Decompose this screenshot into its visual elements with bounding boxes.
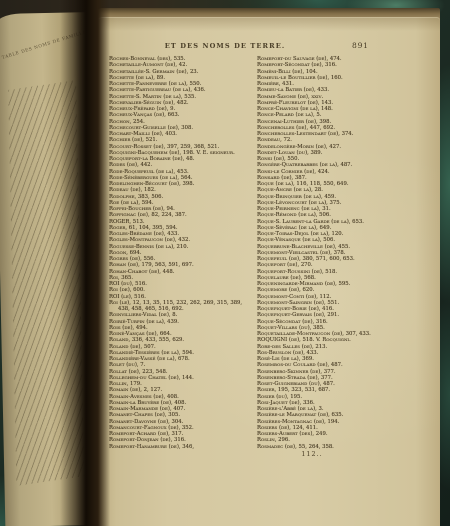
book-photo: TABLE DES NOMS DE FAMILLE ET DES NOMS DE… (0, 0, 450, 526)
page-title: ET DES NOMS DE TERRE. (152, 42, 298, 50)
index-page: ET DES NOMS DE TERRE. 891 Roches-Bonneva… (92, 17, 440, 526)
page-number: 891 (352, 41, 388, 50)
index-entry: Rosmadec (de), 55, 264, 358. (257, 444, 434, 450)
signature-mark: 112.. (252, 450, 372, 458)
gutter-shadow (60, 0, 110, 526)
index-entry: Romefort-Hanambure (de), 346, (109, 444, 254, 450)
index-entry: Roi (le), 12, 13, 35, 115, 232, 262, 269… (109, 300, 254, 313)
index-column-left: Roches-Bonneval (des), 535.Rochetaille-A… (109, 56, 254, 450)
index-column-right: Romefort-du Sauvage (de), 474.Romefort-S… (257, 56, 434, 450)
